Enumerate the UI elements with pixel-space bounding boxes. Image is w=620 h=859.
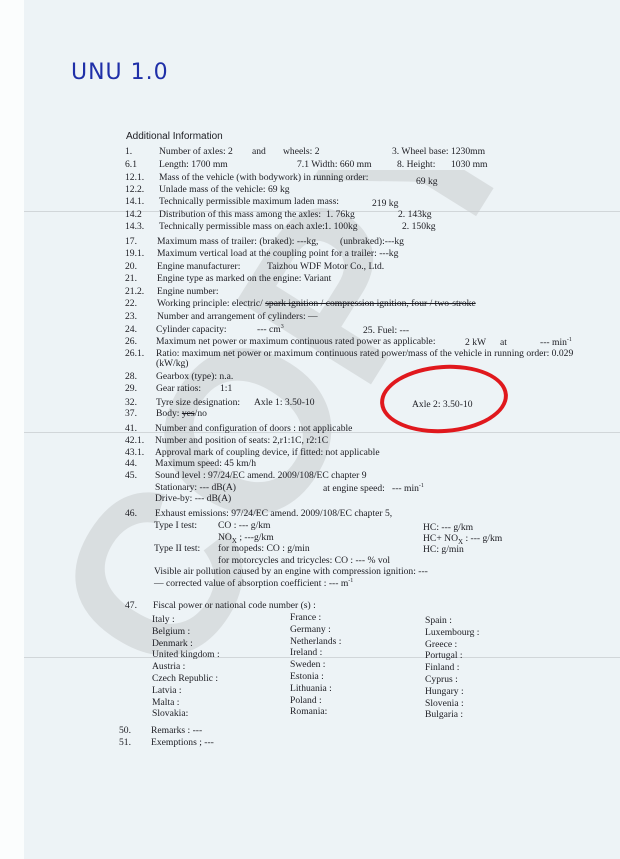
country-entry: Slovakia: xyxy=(152,708,188,719)
country-entry: Finland : xyxy=(425,662,459,673)
section-heading: Additional Information xyxy=(126,131,223,142)
country-entry: France : xyxy=(290,612,321,623)
country-entry: Hungary : xyxy=(425,686,464,697)
country-entry: Latvia : xyxy=(152,685,182,696)
country-entry: Netherlands : xyxy=(290,636,341,647)
struck-text: spark ignition / compression ignition, f… xyxy=(265,298,476,309)
country-entry: Luxembourg : xyxy=(425,627,479,638)
country-entry: Belgium : xyxy=(152,626,190,637)
country-entry: Poland : xyxy=(290,695,322,706)
country-entry: Spain : xyxy=(425,615,452,626)
country-entry: Portugal : xyxy=(425,650,463,661)
country-entry: Malta : xyxy=(152,697,179,708)
country-entry: Sweden : xyxy=(290,659,325,670)
country-entry: Czech Republic : xyxy=(152,673,218,684)
country-entry: United kingdom : xyxy=(152,649,220,660)
paper-fold-line xyxy=(24,211,620,212)
country-entry: Lithuania : xyxy=(290,683,332,694)
country-entry: Estonia : xyxy=(290,671,324,682)
struck-text: yes xyxy=(182,408,195,419)
country-entry: Romania: xyxy=(290,706,327,717)
country-entry: Austria : xyxy=(152,661,185,672)
country-entry: Cyprus : xyxy=(425,674,458,685)
handwritten-note: UNU 1.0 xyxy=(71,60,169,85)
country-entry: Denmark : xyxy=(152,638,193,649)
country-entry: Ireland : xyxy=(290,647,322,658)
country-entry: Germany : xyxy=(290,624,331,635)
country-entry: Bulgaria : xyxy=(425,709,463,720)
country-entry: Slovenia : xyxy=(425,698,464,709)
country-entry: Greece : xyxy=(425,639,457,650)
country-entry: Italy : xyxy=(152,614,175,625)
